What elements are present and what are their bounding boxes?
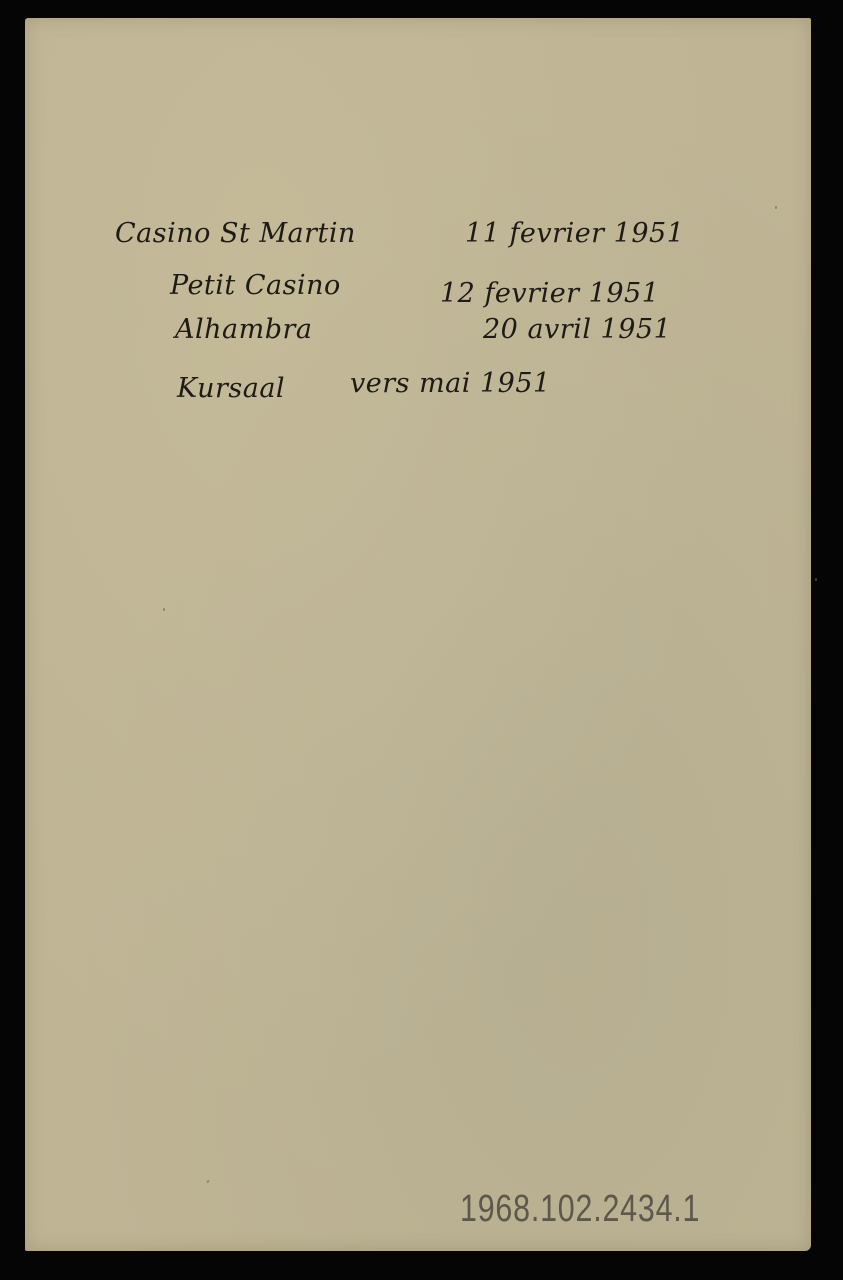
entry-3-venue: Alhambra: [175, 314, 313, 345]
entry-2-venue: Petit Casino: [170, 270, 341, 301]
entry-4-venue: Kursaal: [177, 373, 285, 404]
paper-speck: [775, 206, 777, 209]
paper-speck: [815, 578, 817, 581]
paper-speck: [206, 1180, 209, 1184]
entry-2-date: 12 fevrier 1951: [440, 278, 659, 309]
entry-1-date: 11 fevrier 1951: [465, 218, 684, 249]
entry-4-date: vers mai 1951: [350, 368, 551, 399]
accession-number: 1968.102.2434.1: [460, 1188, 700, 1231]
paper-speck: [163, 608, 165, 611]
paper-card: Casino St Martin 11 fevrier 1951 Petit C…: [25, 18, 811, 1251]
entry-3-date: 20 avril 1951: [483, 314, 671, 345]
entry-1-venue: Casino St Martin: [115, 218, 356, 249]
